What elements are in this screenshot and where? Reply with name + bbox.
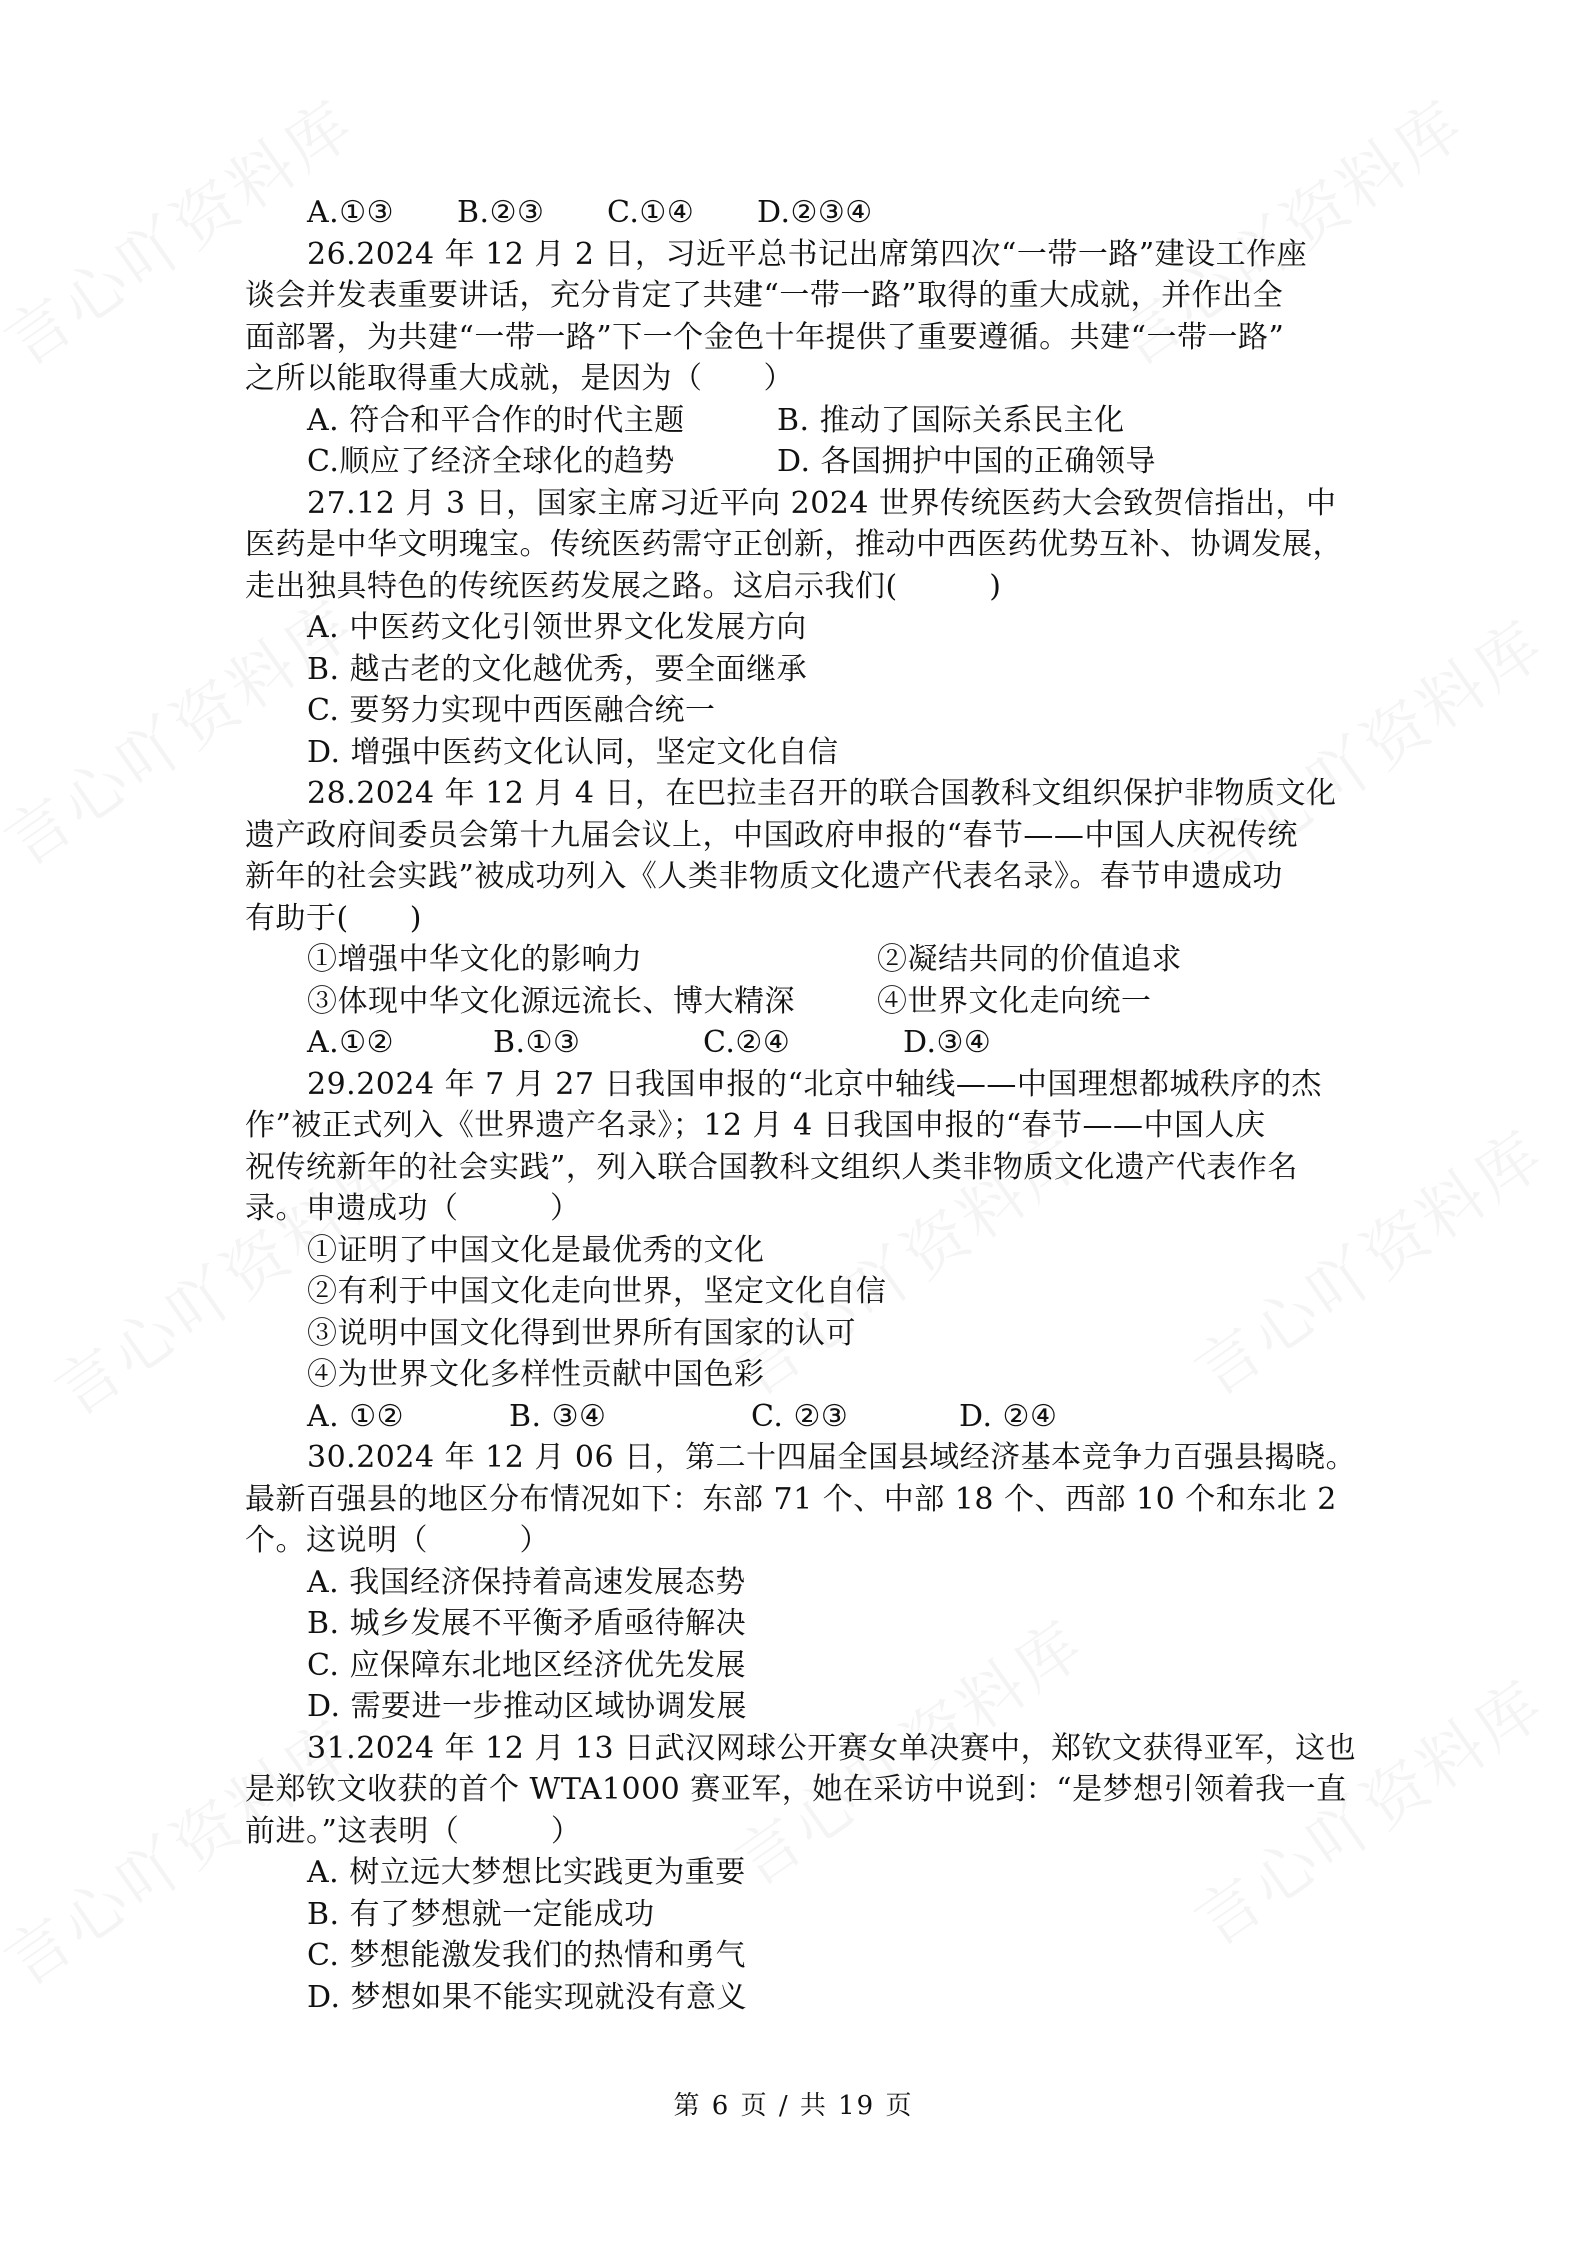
- options-row: A. ①② B. ③④ C. ②③ D. ②④: [245, 1396, 1365, 1438]
- options-row: A. 符合和平合作的时代主题 B. 推动了国际关系民主化: [245, 400, 1365, 442]
- question-stem: 遗产政府间委员会第十九届会议上，中国政府申报的“春节——中国人庆祝传统: [245, 815, 1365, 857]
- question-29: 29.2024 年 7 月 27 日我国申报的“北京中轴线——中国理想都城秩序的…: [245, 1064, 1365, 1438]
- statements-row: ③体现中华文化源远流长、博大精深 ④世界文化走向统一: [245, 981, 1365, 1023]
- statement-4: ④为世界文化多样性贡献中国色彩: [245, 1354, 1365, 1396]
- question-stem: 有助于( ): [245, 898, 1365, 940]
- option-d: D. 梦想如果不能实现就没有意义: [245, 1977, 1365, 2019]
- option-c: C.①④: [607, 192, 757, 234]
- question-stem: 26.2024 年 12 月 2 日，习近平总书记出席第四次“一带一路”建设工作…: [245, 234, 1365, 276]
- document-page: A.①③ B.②③ C.①④ D.②③④ 26.2024 年 12 月 2 日，…: [0, 0, 1587, 2245]
- question-30: 30.2024 年 12 月 06 日，第二十四届全国县域经济基本竞争力百强县揭…: [245, 1437, 1365, 1728]
- question-stem: 走出独具特色的传统医药发展之路。这启示我们( ): [245, 566, 1365, 608]
- question-stem: 谈会并发表重要讲话，充分肯定了共建“一带一路”取得的重大成就，并作出全: [245, 275, 1365, 317]
- option-a: A. 树立远大梦想比实践更为重要: [245, 1852, 1365, 1894]
- prev-question-options: A.①③ B.②③ C.①④ D.②③④: [245, 192, 1365, 234]
- option-c: C. 要努力实现中西医融合统一: [245, 690, 1365, 732]
- question-stem: 祝传统新年的社会实践”，列入联合国教科文组织人类非物质文化遗产代表作名: [245, 1147, 1365, 1189]
- question-31: 31.2024 年 12 月 13 日武汉网球公开赛女单决赛中，郑钦文获得亚军，…: [245, 1728, 1365, 2019]
- option-b: B. ③④: [509, 1396, 751, 1438]
- question-stem: 29.2024 年 7 月 27 日我国申报的“北京中轴线——中国理想都城秩序的…: [245, 1064, 1365, 1106]
- options-row: A.①② B.①③ C.②④ D.③④: [245, 1022, 1365, 1064]
- statement-3: ③体现中华文化源远流长、博大精深: [307, 981, 877, 1023]
- question-stem: 作”被正式列入《世界遗产名录》；12 月 4 日我国申报的“春节——中国人庆: [245, 1105, 1365, 1147]
- option-b: B. 越古老的文化越优秀，要全面继承: [245, 649, 1365, 691]
- option-b: B. 有了梦想就一定能成功: [245, 1894, 1365, 1936]
- statement-3: ③说明中国文化得到世界所有国家的认可: [245, 1313, 1365, 1355]
- option-b: B. 推动了国际关系民主化: [777, 400, 1125, 442]
- question-stem: 是郑钦文收获的首个 WTA1000 赛亚军，她在采访中说到：“是梦想引领着我一直: [245, 1769, 1365, 1811]
- option-a: A. 符合和平合作的时代主题: [307, 400, 777, 442]
- statement-1: ①证明了中国文化是最优秀的文化: [245, 1230, 1365, 1272]
- question-content: A.①③ B.②③ C.①④ D.②③④ 26.2024 年 12 月 2 日，…: [245, 192, 1365, 2018]
- question-stem: 个。这说明（ ）: [245, 1520, 1365, 1562]
- option-c: C. ②③: [751, 1396, 959, 1438]
- option-b: B.②③: [457, 192, 607, 234]
- question-stem: 前进。”这表明（ ）: [245, 1811, 1365, 1853]
- question-stem: 录。申遗成功（ ）: [245, 1188, 1365, 1230]
- option-a: A.①③: [307, 192, 457, 234]
- question-stem: 最新百强县的地区分布情况如下：东部 71 个、中部 18 个、西部 10 个和东…: [245, 1479, 1365, 1521]
- option-b: B. 城乡发展不平衡矛盾亟待解决: [245, 1603, 1365, 1645]
- question-stem: 面部署，为共建“一带一路”下一个金色十年提供了重要遵循。共建“一带一路”: [245, 317, 1365, 359]
- statement-1: ①增强中华文化的影响力: [307, 939, 877, 981]
- options-row: C.顺应了经济全球化的趋势 D. 各国拥护中国的正确领导: [245, 441, 1365, 483]
- option-d: D. 需要进一步推动区域协调发展: [245, 1686, 1365, 1728]
- question-26: 26.2024 年 12 月 2 日，习近平总书记出席第四次“一带一路”建设工作…: [245, 234, 1365, 483]
- question-stem: 31.2024 年 12 月 13 日武汉网球公开赛女单决赛中，郑钦文获得亚军，…: [245, 1728, 1365, 1770]
- question-stem: 30.2024 年 12 月 06 日，第二十四届全国县域经济基本竞争力百强县揭…: [245, 1437, 1365, 1479]
- option-a: A. 中医药文化引领世界文化发展方向: [245, 607, 1365, 649]
- option-d: D. 各国拥护中国的正确领导: [777, 441, 1156, 483]
- option-a: A. 我国经济保持着高速发展态势: [245, 1562, 1365, 1604]
- statement-2: ②有利于中国文化走向世界，坚定文化自信: [245, 1271, 1365, 1313]
- page-footer: 第 6 页 / 共 19 页: [0, 2085, 1587, 2122]
- option-a: A.①②: [307, 1022, 493, 1064]
- option-c: C. 应保障东北地区经济优先发展: [245, 1645, 1365, 1687]
- question-27: 27.12 月 3 日，国家主席习近平向 2024 世界传统医药大会致贺信指出，…: [245, 483, 1365, 774]
- question-28: 28.2024 年 12 月 4 日，在巴拉圭召开的联合国教科文组织保护非物质文…: [245, 773, 1365, 1064]
- option-d: D.③④: [903, 1022, 991, 1064]
- question-stem: 27.12 月 3 日，国家主席习近平向 2024 世界传统医药大会致贺信指出，…: [245, 483, 1365, 525]
- question-stem: 医药是中华文明瑰宝。传统医药需守正创新，推动中西医药优势互补、协调发展，: [245, 524, 1365, 566]
- statement-2: ②凝结共同的价值追求: [877, 939, 1182, 981]
- option-d: D.②③④: [757, 192, 873, 234]
- question-stem: 新年的社会实践”被成功列入《人类非物质文化遗产代表名录》。春节申遗成功: [245, 856, 1365, 898]
- statements-row: ①增强中华文化的影响力 ②凝结共同的价值追求: [245, 939, 1365, 981]
- question-stem: 28.2024 年 12 月 4 日，在巴拉圭召开的联合国教科文组织保护非物质文…: [245, 773, 1365, 815]
- option-a: A. ①②: [307, 1396, 509, 1438]
- option-c: C. 梦想能激发我们的热情和勇气: [245, 1935, 1365, 1977]
- option-d: D. ②④: [959, 1396, 1057, 1438]
- question-stem: 之所以能取得重大成就，是因为（ ）: [245, 358, 1365, 400]
- statement-4: ④世界文化走向统一: [877, 981, 1152, 1023]
- option-b: B.①③: [493, 1022, 703, 1064]
- option-c: C.②④: [703, 1022, 903, 1064]
- option-d: D. 增强中医药文化认同，坚定文化自信: [245, 732, 1365, 774]
- option-c: C.顺应了经济全球化的趋势: [307, 441, 777, 483]
